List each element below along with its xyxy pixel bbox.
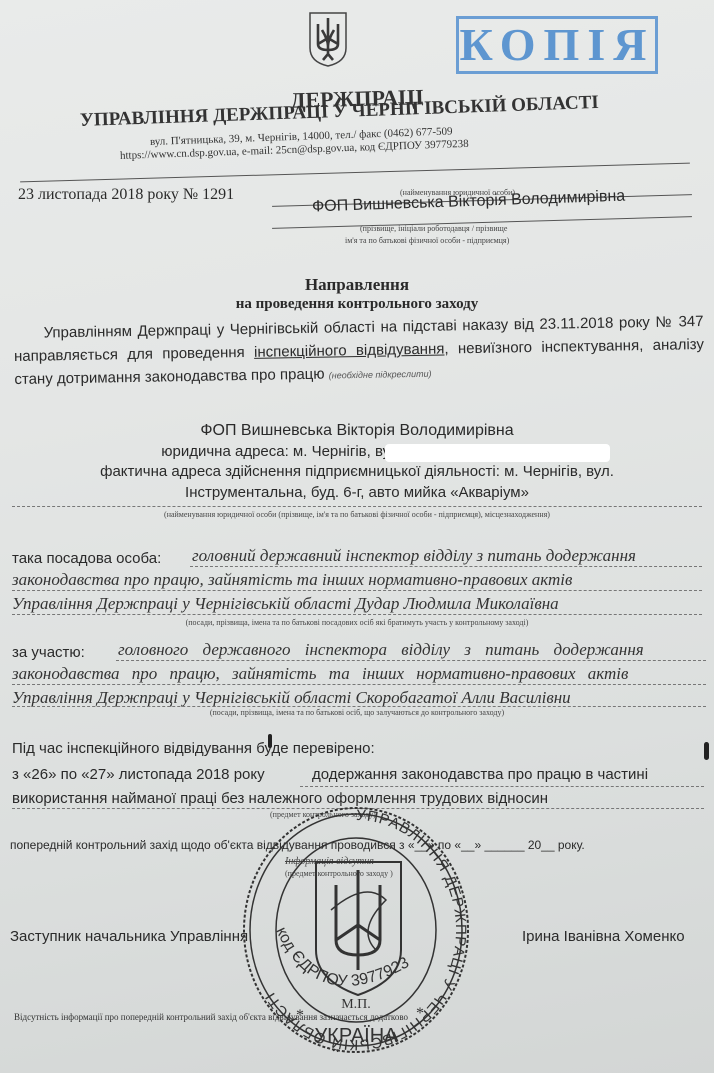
round-seal-icon: УПРАВЛІННЯ ДЕРЖПРАЦІ У ЧЕРНІГІВСЬКІЙ ОБЛ… <box>236 790 476 1060</box>
divider <box>12 506 702 507</box>
divider <box>12 614 702 615</box>
redaction-block <box>385 444 610 462</box>
seal-place-text: М.П. <box>341 997 371 1012</box>
note-text: (необхідне підкреслити) <box>329 369 432 381</box>
check-subject: додержання законодавства про працю в час… <box>312 766 648 783</box>
divider <box>116 660 706 661</box>
participant-line: Управління Держпраці у Чернігівській обл… <box>12 688 571 708</box>
check-dates: з «26» по «27» листопада 2018 року <box>12 766 265 783</box>
participant-line: законодавства про працю, зайнятість та і… <box>12 664 628 684</box>
date-and-number: 23 листопада 2018 року № 1291 <box>18 186 234 204</box>
recipient-caption: (прізвище, ініціали роботодавця / прізви… <box>360 224 507 233</box>
participant-line: головного державного інспектора відділу … <box>118 640 644 660</box>
divider <box>12 590 702 591</box>
official-label: така посадова особа: <box>12 550 161 567</box>
signatory-name: Ірина Іванівна Хоменко <box>522 928 685 945</box>
signatory-role: Заступник начальника Управління <box>10 928 248 945</box>
document-subtitle: на проведення контрольного заходу <box>0 296 714 313</box>
svg-text:*: * <box>416 1005 424 1022</box>
official-caption: (посади, прізвища, імена та по батькові … <box>0 618 714 627</box>
copy-stamp: КОПІЯ <box>456 16 658 74</box>
official-line: Управління Держпраці у Чернігівській обл… <box>12 594 559 614</box>
actual-address: фактична адреса здійснення підприємницьк… <box>0 461 714 483</box>
divider <box>300 786 704 787</box>
actual-address-continued: Інструментальна, буд. 6-г, авто мийка «А… <box>0 482 714 504</box>
divider <box>12 706 706 707</box>
entity-caption: (найменування юридичної особи (прізвище,… <box>0 510 714 519</box>
participation-label: за участю: <box>12 644 85 661</box>
svg-text:*: * <box>296 1007 304 1024</box>
entity-name: ФОП Вишневська Вікторія Володимирівна <box>0 420 714 442</box>
check-heading: Під час інспекційного відвідування буде … <box>12 740 375 757</box>
body-paragraph: Управлінням Держпраці у Чернігівській об… <box>13 310 704 393</box>
ink-mark <box>268 734 272 748</box>
ink-mark <box>704 742 709 760</box>
document-title: Направлення <box>0 275 714 295</box>
underlined-choice: інспекційного відвідування <box>254 341 445 361</box>
coat-of-arms-icon <box>307 10 349 68</box>
recipient-caption: ім'я та по батькові фізичної особи - під… <box>345 236 509 245</box>
seal-country-text: УКРАЇНА <box>314 1025 398 1047</box>
divider <box>190 566 702 567</box>
official-line: головний державний інспектор відділу з п… <box>192 546 636 566</box>
header-divider <box>20 163 690 183</box>
divider <box>12 684 706 685</box>
official-line: законодавства про працю, зайнятість та і… <box>12 570 572 590</box>
participation-caption: (посади, прізвища, імена та по батькові … <box>0 708 714 717</box>
